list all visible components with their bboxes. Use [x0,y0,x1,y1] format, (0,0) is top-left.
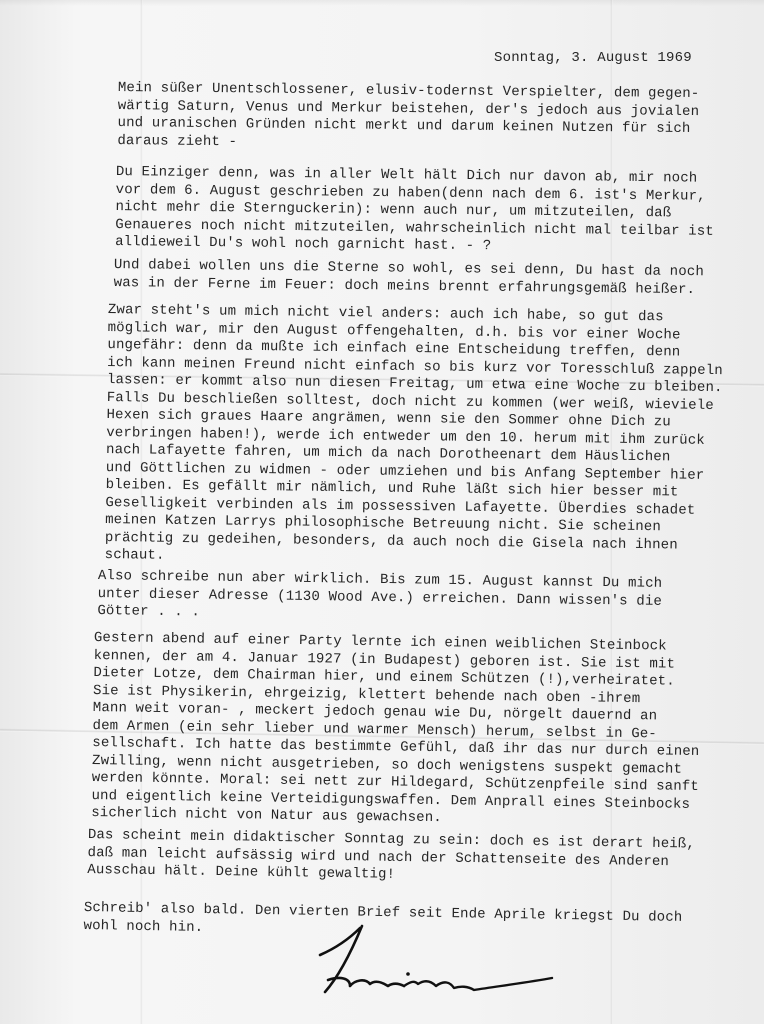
letter-paragraph: Mein süßer Unentschlossener, elusiv-tode… [117,80,699,156]
signature: Marianne [300,920,560,1000]
letter-page: Sonntag, 3. August 1969 Mein süßer Unent… [0,0,764,1024]
letter-paragraph: Das scheint mein didaktischer Sonntag zu… [87,827,695,889]
letter-paragraph: Du Einziger denn, was in aller Welt hält… [115,164,715,258]
letter-paragraph: Und dabei wollen uns die Sterne so wohl,… [114,257,704,299]
letter-paragraph: Also schreibe nun aber wirklich. Bis zum… [97,568,662,628]
letter-date: Sonntag, 3. August 1969 [494,50,692,66]
letter-paragraph: Zwar steht's um mich nicht viel anders: … [105,302,724,573]
letter-paragraph: Gestern abend auf einer Party lernte ich… [91,630,701,831]
